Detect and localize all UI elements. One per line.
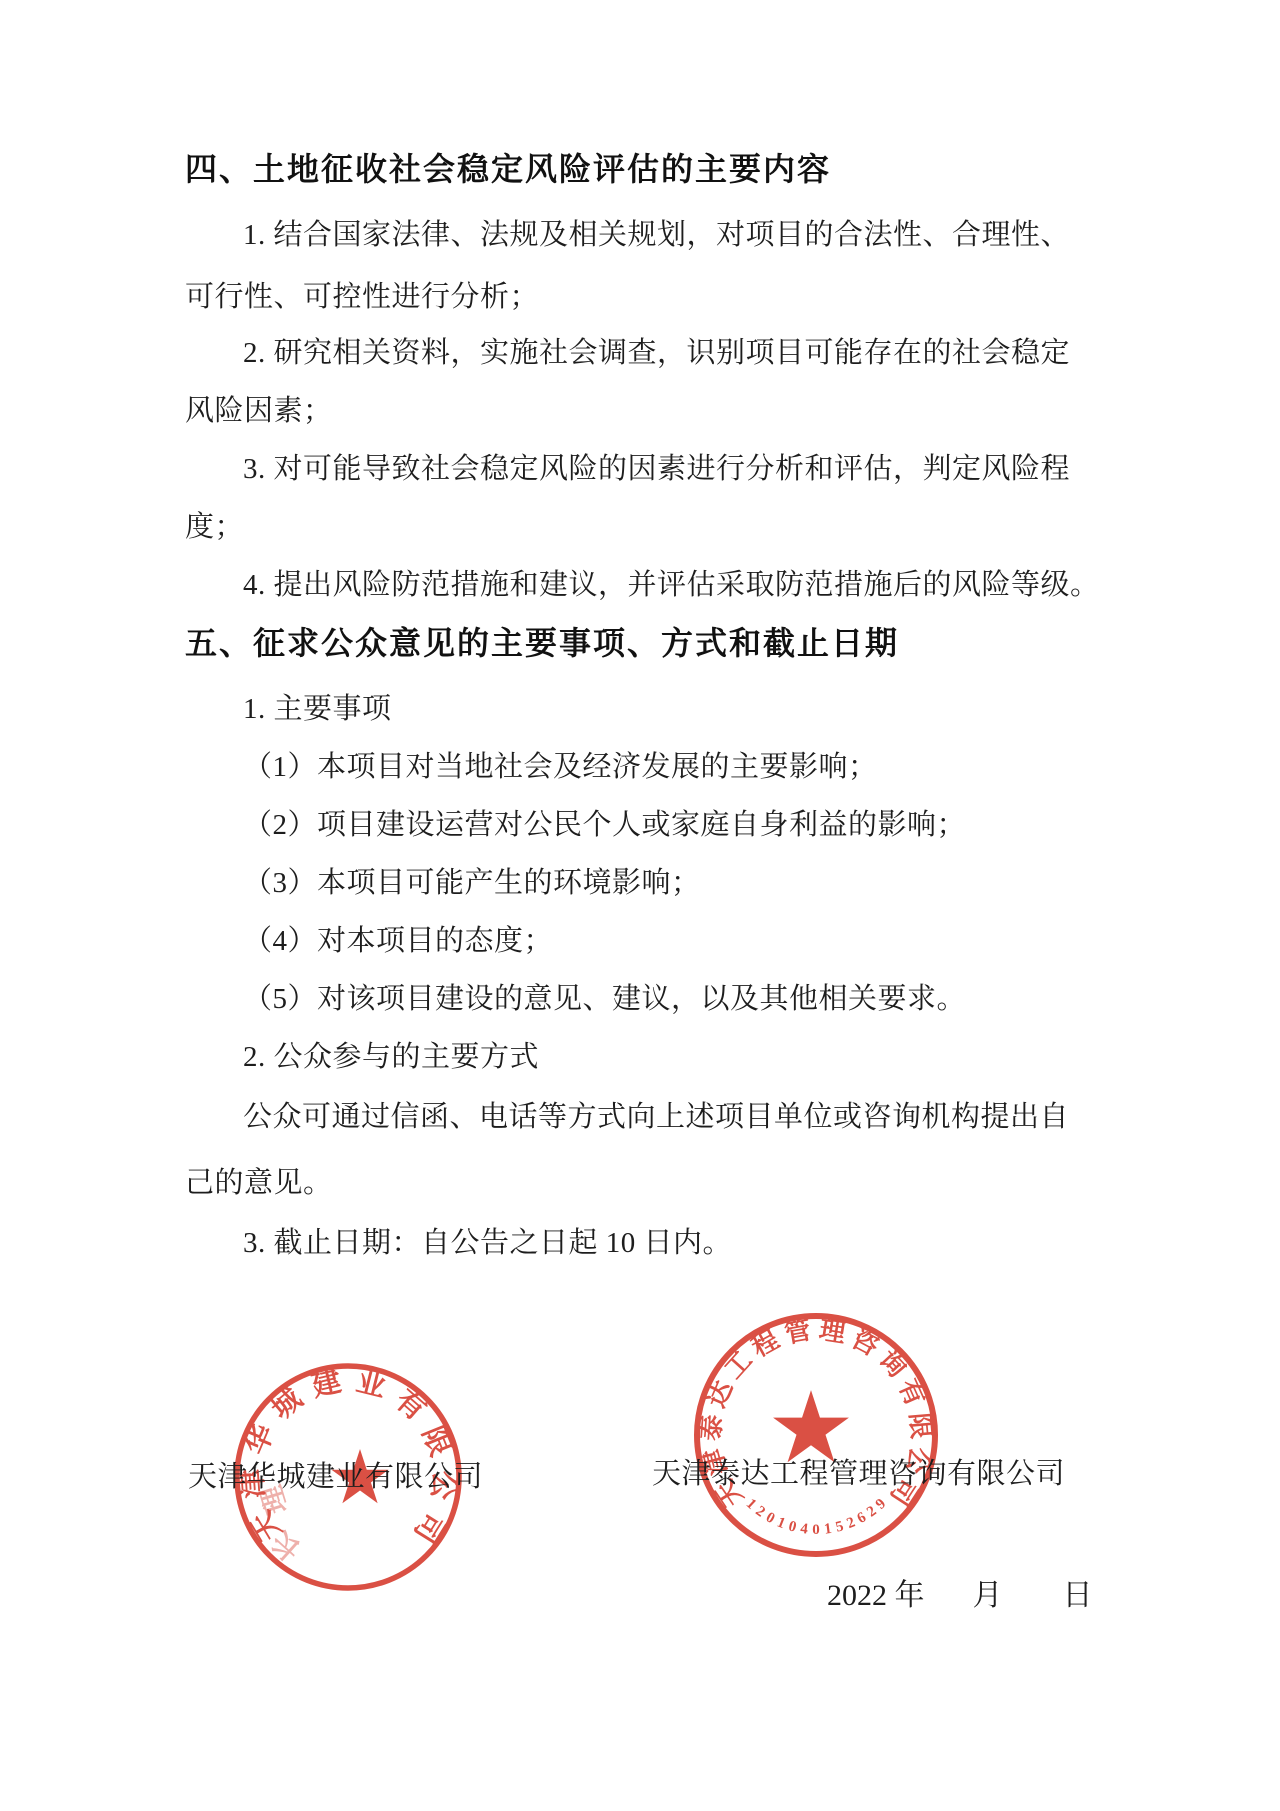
text-line: 风险因素；	[185, 394, 1105, 428]
svg-text:0: 0	[787, 1518, 798, 1535]
text-line: 2. 研究相关资料，实施社会调查，识别项目可能存在的社会稳定	[185, 336, 1105, 370]
date-day: 日	[1063, 1579, 1093, 1612]
date-month: 月	[973, 1579, 1003, 1612]
svg-text:程: 程	[746, 1324, 783, 1363]
svg-text:泰: 泰	[695, 1414, 727, 1442]
section-heading: 四、土地征收社会稳定风险评估的主要内容	[185, 152, 1105, 186]
svg-text:2: 2	[845, 1515, 858, 1533]
svg-text:建: 建	[309, 1365, 345, 1404]
text-line: （3）本项目可能产生的环境影响；	[185, 866, 1105, 900]
svg-text:工: 工	[719, 1346, 758, 1385]
svg-text:业: 业	[353, 1365, 389, 1404]
text-line: 公众可通过信函、电话等方式向上述项目单位或咨询机构提出自	[185, 1100, 1105, 1134]
svg-text:5: 5	[834, 1518, 845, 1535]
svg-text:1: 1	[823, 1521, 832, 1538]
section-heading: 五、征求公众意见的主要事项、方式和截止日期	[185, 626, 1105, 660]
svg-text:咨: 咨	[847, 1324, 884, 1362]
right-company-seal: 天津泰达工程管理咨询有限公司1201040152629	[689, 1308, 943, 1562]
text-line: （5）对该项目建设的意见、建议，以及其他相关要求。	[185, 982, 1105, 1016]
text-line: 度；	[185, 510, 1105, 544]
svg-text:有: 有	[389, 1383, 433, 1427]
text-line: （2）项目建设运营对公民个人或家庭自身利益的影响；	[185, 808, 1105, 842]
text-line: （1）本项目对当地社会及经济发展的主要影响；	[185, 750, 1105, 784]
text-line: 己的意见。	[185, 1166, 1105, 1200]
right-company-name: 天津泰达工程管理咨询有限公司	[652, 1451, 1065, 1492]
text-line: 4. 提出风险防范措施和建议，并评估采取防范措施后的风险等级。	[185, 568, 1105, 602]
svg-text:司: 司	[407, 1507, 450, 1549]
text-line: （4）对本项目的态度；	[185, 924, 1105, 958]
document-page: 四、土地征收社会稳定风险评估的主要内容1. 结合国家法律、法规及相关规划，对项目…	[0, 0, 1280, 1811]
svg-text:0: 0	[763, 1509, 777, 1527]
text-line: 可行性、可控性进行分析；	[185, 280, 1105, 314]
left-company-name: 天津华城建业有限公司	[188, 1454, 483, 1495]
svg-text:1: 1	[775, 1515, 788, 1533]
date-line: 2022 年月日	[827, 1570, 1093, 1614]
svg-text:理: 理	[817, 1315, 848, 1348]
svg-text:城: 城	[265, 1382, 308, 1426]
text-line: 2. 公众参与的主要方式	[185, 1040, 1105, 1074]
svg-text:限: 限	[905, 1412, 936, 1440]
svg-text:0: 0	[812, 1522, 820, 1538]
text-line: 3. 截止日期：自公告之日起 10 日内。	[185, 1226, 1105, 1260]
date-year: 2022 年	[827, 1579, 925, 1612]
svg-text:4: 4	[799, 1521, 809, 1538]
svg-text:管: 管	[782, 1315, 813, 1349]
text-line: 1. 主要事项	[185, 692, 1105, 726]
text-line: 1. 结合国家法律、法规及相关规划，对项目的合法性、合理性、	[185, 218, 1105, 252]
text-line: 3. 对可能导致社会稳定风险的因素进行分析和评估，判定风险程	[185, 452, 1105, 486]
svg-text:询: 询	[873, 1344, 912, 1383]
svg-text:9: 9	[873, 1496, 889, 1513]
